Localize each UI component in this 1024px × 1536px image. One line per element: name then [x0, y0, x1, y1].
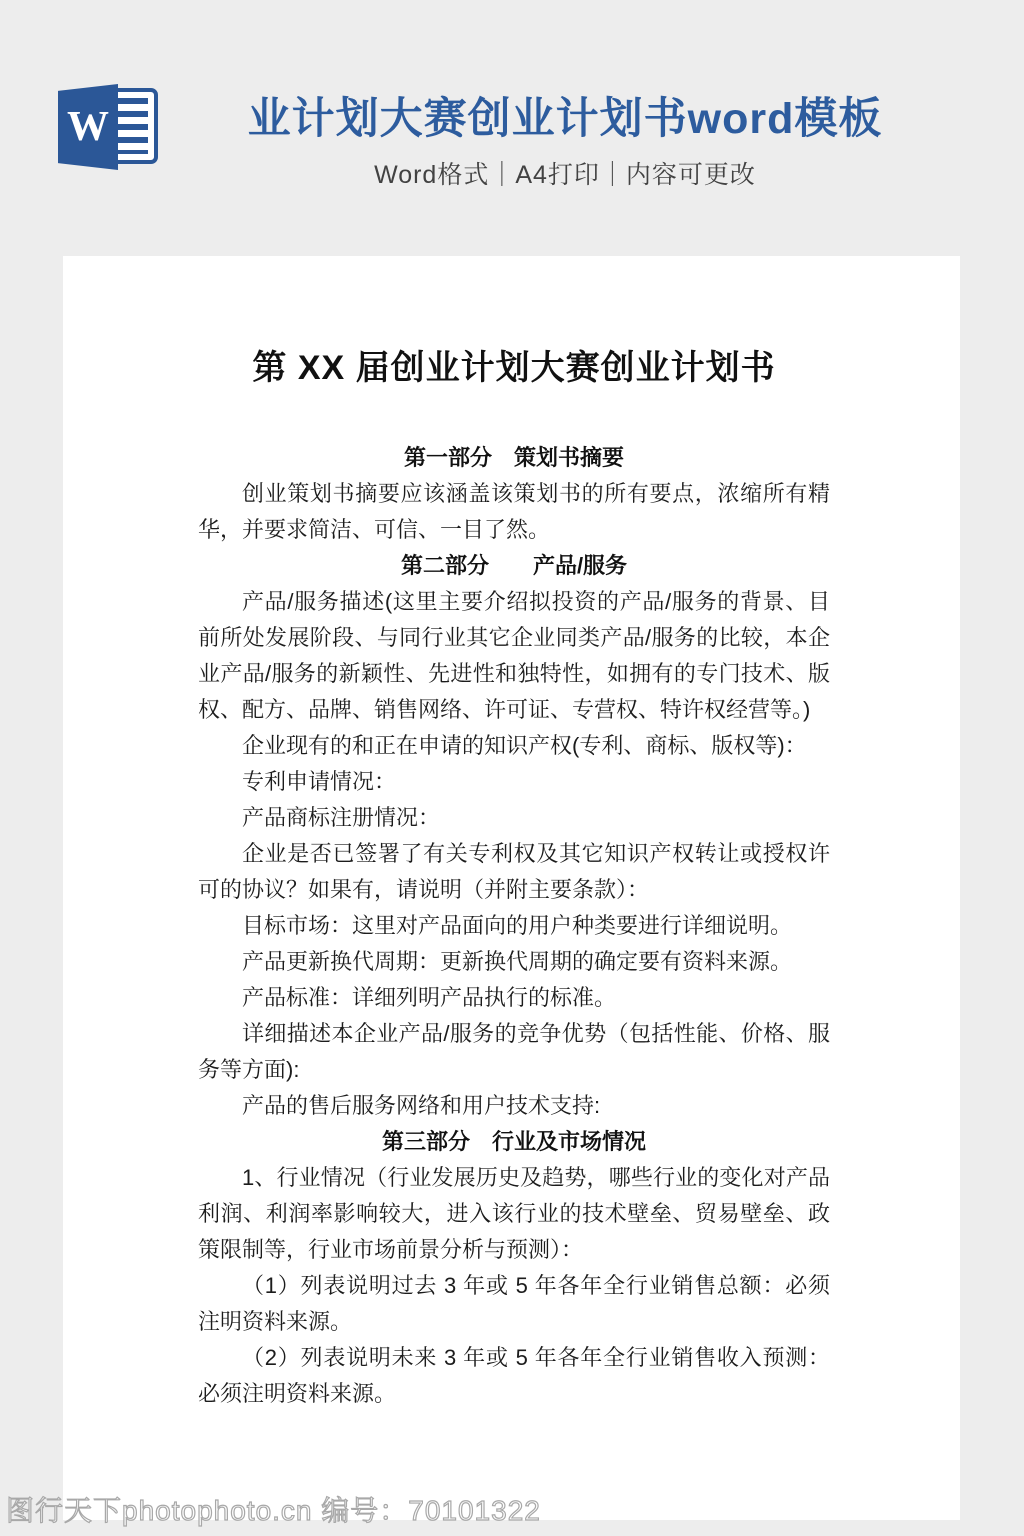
document-paragraph: 专利申请情况： [198, 764, 830, 800]
document-page: 第 XX 届创业计划大赛创业计划书 第一部分 策划书摘要 创业策划书摘要应该涵盖… [63, 256, 960, 1520]
document-paragraph: （2）列表说明未来 3 年或 5 年各年全行业销售收入预测：必须注明资料来源。 [198, 1340, 830, 1412]
header: 业计划大赛创业计划书word模板 Word格式｜A4打印｜内容可更改 [100, 0, 1024, 191]
document-paragraph: 目标市场：这里对产品面向的用户种类要进行详细说明。 [198, 908, 830, 944]
document-paragraph: 企业是否已签署了有关专利权及其它知识产权转让或授权许可的协议？如果有，请说明（并… [198, 836, 830, 908]
document-paragraph: （1）列表说明过去 3 年或 5 年各年全行业销售总额：必须注明资料来源。 [198, 1268, 830, 1340]
document-paragraph: 产品的售后服务网络和用户技术支持: [198, 1088, 830, 1124]
document-title: 第 XX 届创业计划大赛创业计划书 [198, 346, 830, 390]
document-paragraph: 企业现有的和正在申请的知识产权(专利、商标、版权等)： [198, 728, 830, 764]
section-heading-1: 第一部分 策划书摘要 [198, 440, 830, 476]
document-paragraph: 详细描述本企业产品/服务的竞争优势（包括性能、价格、服务等方面): [198, 1016, 830, 1088]
document-paragraph: 1、行业情况（行业发展历史及趋势，哪些行业的变化对产品利润、利润率影响较大，进入… [198, 1160, 830, 1268]
watermark-text: 图行天下photophoto.cn 编号：70101322 [6, 1489, 541, 1529]
document-paragraph: 创业策划书摘要应该涵盖该策划书的所有要点，浓缩所有精华，并要求简洁、可信、一目了… [198, 476, 830, 548]
document-paragraph: 产品标准：详细列明产品执行的标准。 [198, 980, 830, 1016]
section-heading-3: 第三部分 行业及市场情况 [198, 1124, 830, 1160]
template-title: 业计划大赛创业计划书word模板 [100, 0, 1024, 143]
document-paragraph: 产品商标注册情况： [198, 800, 830, 836]
template-subtitle: Word格式｜A4打印｜内容可更改 [100, 143, 1024, 191]
document-paragraph: 产品/服务描述(这里主要介绍拟投资的产品/服务的背景、目前所处发展阶段、与同行业… [198, 584, 830, 728]
section-heading-2: 第二部分 产品/服务 [198, 548, 830, 584]
document-paragraph: 产品更新换代周期：更新换代周期的确定要有资料来源。 [198, 944, 830, 980]
